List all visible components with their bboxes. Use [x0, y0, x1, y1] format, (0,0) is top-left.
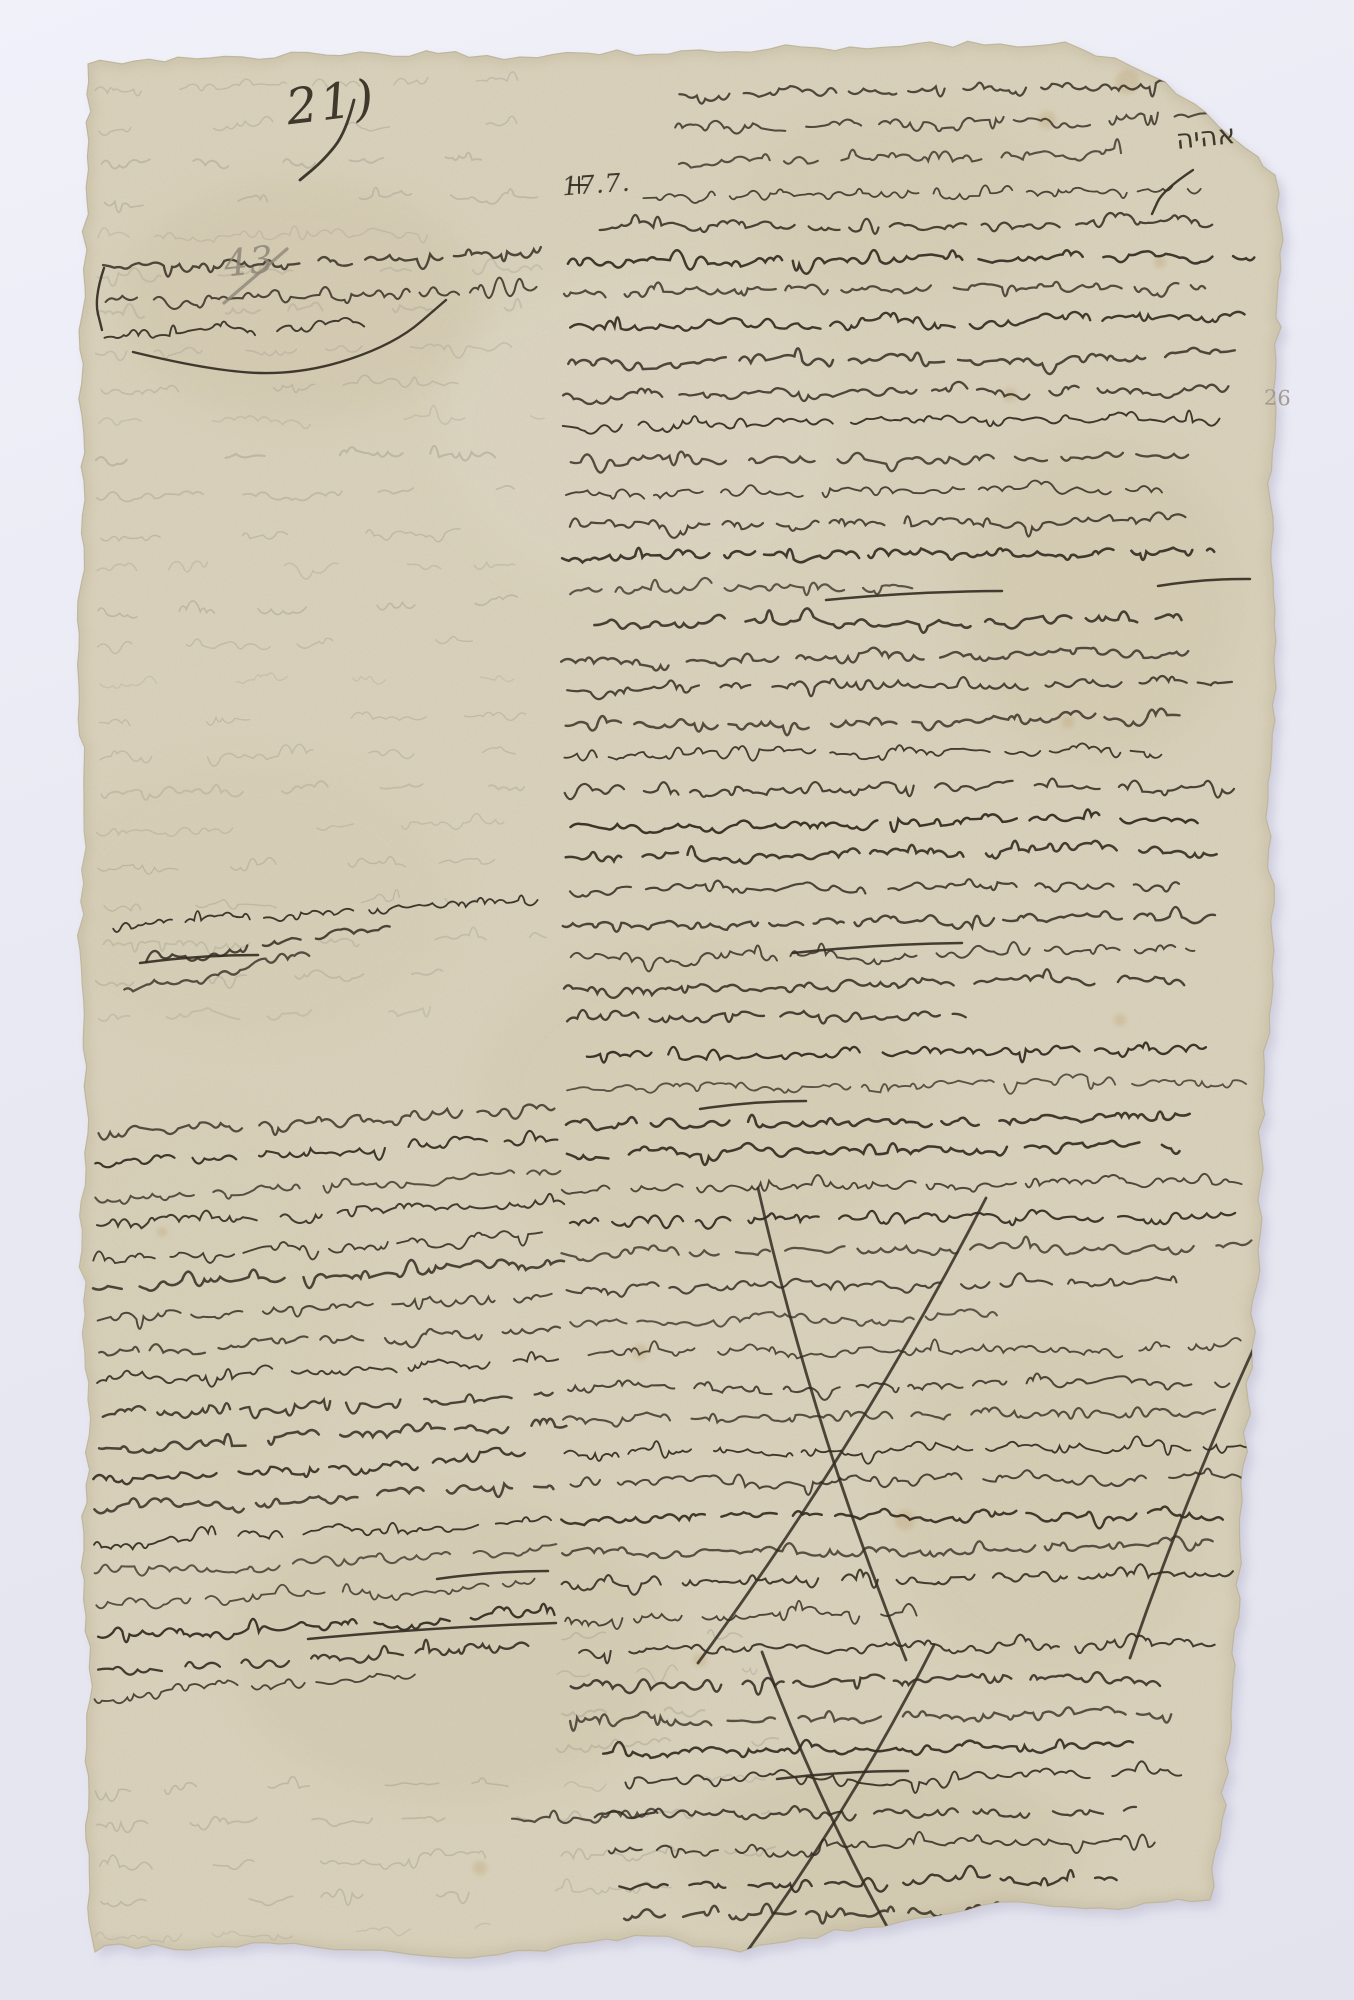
foxing-spot [1114, 1014, 1126, 1026]
pencil-page-number: 43 [222, 237, 277, 285]
ink-sheet-number: 21) [283, 69, 380, 137]
foxing-spot [1062, 716, 1074, 728]
foxing-spot [157, 1227, 167, 1237]
numeric-citation: 17.7. [561, 168, 631, 202]
hebrew-word: אהיה [1175, 119, 1237, 156]
margin-page-number: 26 [1264, 386, 1292, 411]
paper-grain [40, 20, 1320, 1980]
foxing-spot [473, 1861, 487, 1875]
foxing-spot [1154, 256, 1166, 268]
paper-surface [40, 20, 1348, 1980]
manuscript-scan: 43 21) 26 אהיה 17.7. [0, 0, 1354, 2000]
manuscript-artwork [0, 0, 1354, 2000]
